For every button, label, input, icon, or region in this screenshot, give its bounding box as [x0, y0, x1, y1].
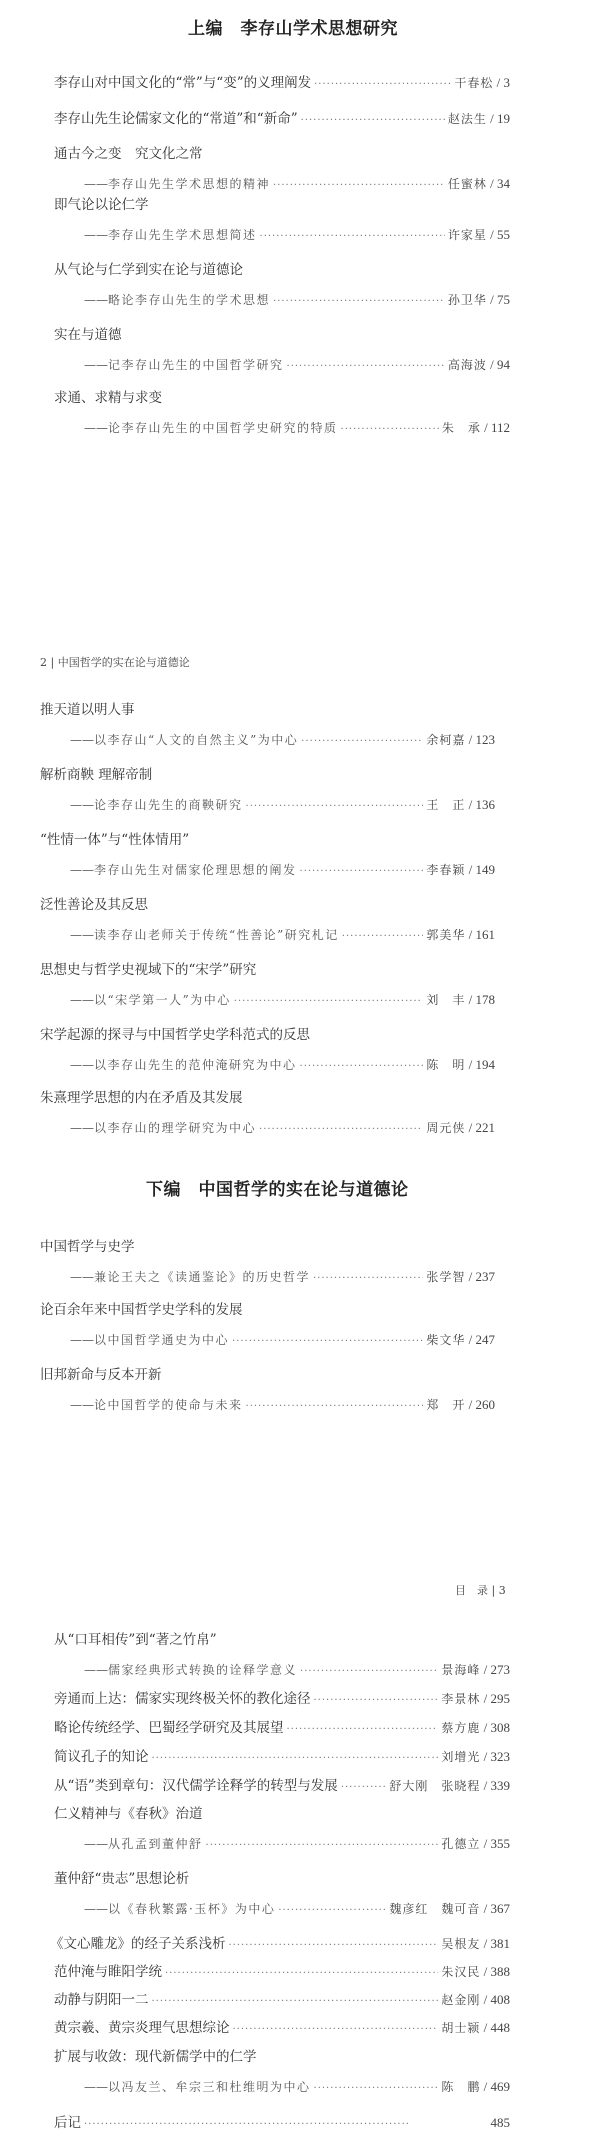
dash: —— — [84, 1660, 108, 1680]
dash: —— — [84, 174, 108, 194]
entry-title: 朱熹理学思想的内在矛盾及其发展 — [40, 1088, 495, 1108]
toc-entry[interactable]: 解析商鞅 理解帝制 ——论李存山先生的商鞅研究·················… — [40, 765, 495, 815]
dash: —— — [70, 730, 94, 750]
entry-title: 后记 — [54, 2113, 81, 2133]
entry-page: / 448 — [480, 2018, 510, 2038]
entry-author: 景海峰 — [441, 1660, 480, 1680]
entry-page: / 55 — [487, 225, 510, 245]
entry-page: / 112 — [481, 418, 510, 438]
entry-subtitle: 记李存山先生的中国哲学研究 — [108, 355, 284, 375]
toc-entry[interactable]: 宋学起源的探寻与中国哲学史学科范式的反思 ——以李存山先生的范仲淹研究为中心··… — [40, 1025, 495, 1075]
entry-subtitle: 以中国哲学通史为中心 — [94, 1330, 229, 1350]
dot-leader: ········································… — [246, 797, 424, 817]
dot-leader: ········································… — [234, 992, 424, 1012]
entry-page: / 273 — [480, 1660, 510, 1680]
toc-entry[interactable]: 泛性善论及其反思 ——读李存山老师关于传统“性善论”研究札记··········… — [40, 895, 495, 945]
dot-leader: ········································… — [229, 1936, 439, 1956]
entry-author: 李春颖 — [426, 860, 465, 880]
dot-leader: ········································… — [260, 227, 445, 247]
dash: —— — [84, 418, 108, 438]
entry-author: 刘增光 — [441, 1747, 480, 1767]
entry-title: 中国哲学与史学 — [40, 1237, 495, 1257]
entry-title: 论百余年来中国哲学史学科的发展 — [40, 1300, 495, 1320]
entry-subtitle: 以《春秋繁露·玉杯》为中心 — [108, 1899, 275, 1919]
entry-author: 王 正 — [426, 795, 465, 815]
toc-entry[interactable]: 李存山先生论儒家文化的“常道”和“新命”····················… — [54, 109, 510, 129]
entry-subtitle: 儒家经典形式转换的诠释学意义 — [108, 1660, 297, 1680]
toc-entry[interactable]: 思想史与哲学史视域下的“宋学”研究 ——以“宋学第一人”为中心·········… — [40, 960, 495, 1010]
toc-entry[interactable]: 范仲淹与睢阳学统································… — [54, 1962, 510, 1982]
toc-entry[interactable]: 董仲舒“贵志”思想论析 ——以《春秋繁露·玉杯》为中心·············… — [54, 1869, 510, 1919]
entry-title: 黄宗羲、黄宗炎理气思想综论 — [54, 2018, 230, 2038]
entry-title: 旧邦新命与反本开新 — [40, 1365, 495, 1385]
entry-author: 高海波 — [448, 355, 487, 375]
entry-page: / 221 — [465, 1118, 495, 1138]
toc-entry[interactable]: 中国哲学与史学 ——兼论王夫之《读通鉴论》的历史哲学··············… — [40, 1237, 495, 1287]
entry-page: / 19 — [487, 109, 510, 129]
dot-leader: ········································… — [300, 1662, 438, 1682]
entry-title: 范仲淹与睢阳学统 — [54, 1962, 162, 1982]
entry-title: 李存山先生论儒家文化的“常道”和“新命” — [54, 109, 298, 129]
entry-author: 吴根友 — [441, 1934, 480, 1954]
dash: —— — [84, 355, 108, 375]
entry-author: 魏彦红 魏可音 — [389, 1899, 480, 1919]
dot-leader: ········································… — [259, 1120, 423, 1140]
dash: —— — [84, 2077, 108, 2097]
dash: —— — [70, 925, 94, 945]
entry-author: 周元侠 — [426, 1118, 465, 1138]
entry-title: 简议孔子的知论 — [54, 1747, 149, 1767]
entry-author: 孙卫华 — [448, 290, 487, 310]
entry-subtitle: 以李存山先生的范仲淹研究为中心 — [94, 1055, 297, 1075]
entry-title: 求通、求精与求变 — [54, 388, 510, 408]
toc-entry[interactable]: 旧邦新命与反本开新 ——论中国哲学的使命与未来·················… — [40, 1365, 495, 1415]
entry-page: / 194 — [465, 1055, 495, 1075]
entry-page: / 381 — [480, 1934, 510, 1954]
dot-leader: ········································… — [314, 75, 451, 95]
dot-leader: ········································… — [273, 176, 445, 196]
entry-page: / 247 — [465, 1330, 495, 1350]
entry-title: 泛性善论及其反思 — [40, 895, 495, 915]
dash: —— — [70, 990, 94, 1010]
entry-page: / 3 — [493, 73, 510, 93]
entry-title: 通古今之变 究文化之常 — [54, 144, 510, 164]
entry-page: / 178 — [465, 990, 495, 1010]
entry-subtitle: 以冯友兰、牟宗三和杜维明为中心 — [108, 2077, 311, 2097]
entry-author: 余柯嘉 — [426, 730, 465, 750]
entry-page: / 295 — [480, 1689, 510, 1709]
toc-entry[interactable]: 朱熹理学思想的内在矛盾及其发展 ——以李存山的理学研究为中心··········… — [40, 1088, 495, 1138]
entry-author: 许家星 — [448, 225, 487, 245]
toc-entry[interactable]: “性情一体”与“性体情用” ——李存山先生对儒家伦理思想的阐发·········… — [40, 830, 495, 880]
toc-entry[interactable]: 从气论与仁学到实在论与道德论 ——略论李存山先生的学术思想···········… — [54, 260, 510, 310]
dot-leader: ········································… — [165, 1964, 438, 1984]
dash: —— — [70, 860, 94, 880]
dot-leader: ········································… — [301, 732, 423, 752]
toc-entry[interactable]: 论百余年来中国哲学史学科的发展 ——以中国哲学通史为中心············… — [40, 1300, 495, 1350]
entry-page: 485 — [491, 2113, 511, 2133]
entry-title: “性情一体”与“性体情用” — [40, 830, 495, 850]
dash: —— — [84, 290, 108, 310]
entry-author: 赵金刚 — [441, 1990, 480, 2010]
dot-leader: ········································… — [152, 1992, 439, 2012]
entry-author: 蔡方鹿 — [441, 1718, 480, 1738]
toc-entry[interactable]: 旁通而上达：儒家实现终极关怀的教化途径·····················… — [54, 1689, 510, 1709]
entry-page: / 408 — [480, 1990, 510, 2010]
entry-author: 陈 明 — [426, 1055, 465, 1075]
dash: —— — [70, 1267, 94, 1287]
entry-author: 刘 丰 — [426, 990, 465, 1010]
entry-title: 解析商鞅 理解帝制 — [40, 765, 495, 785]
entry-title: 从“语”类到章句：汉代儒学诠释学的转型与发展 — [54, 1776, 338, 1796]
dot-leader: ········································… — [273, 292, 445, 312]
toc-entry[interactable]: 求通、求精与求变 ——论李存山先生的中国哲学史研究的特质············… — [54, 388, 510, 438]
entry-subtitle: 以李存山“人文的自然主义”为中心 — [94, 730, 298, 750]
dot-leader: ········································… — [278, 1901, 386, 1921]
toc-entry[interactable]: 扩展与收敛：现代新儒学中的仁学 ——以冯友兰、牟宗三和杜维明为中心·······… — [54, 2047, 510, 2097]
dot-leader: ········································… — [232, 1332, 423, 1352]
entry-page: / 237 — [465, 1267, 495, 1287]
entry-author: 李景林 — [441, 1689, 480, 1709]
entry-title: 略论传统经学、巴蜀经学研究及其展望 — [54, 1718, 284, 1738]
entry-title: 宋学起源的探寻与中国哲学史学科范式的反思 — [40, 1025, 495, 1045]
part-title-upper: 上编 李存山学术思想研究 — [188, 14, 398, 39]
entry-page: / 388 — [480, 1962, 510, 1982]
dash: —— — [70, 1118, 94, 1138]
dot-leader: ········································… — [342, 927, 424, 947]
dot-leader: ········································… — [84, 2115, 478, 2135]
dot-leader: ········································… — [246, 1397, 424, 1417]
dot-leader: ········································… — [233, 2020, 439, 2040]
dot-leader: ········································… — [314, 1691, 439, 1711]
dot-leader: ········································… — [287, 1720, 439, 1740]
entry-page: / 308 — [480, 1718, 510, 1738]
dot-leader: ········································… — [300, 1057, 424, 1077]
toc-entry[interactable]: 从“口耳相传”到“著之竹帛” ——儒家经典形式转换的诠释学意义·········… — [54, 1630, 510, 1680]
dash: —— — [70, 1395, 94, 1415]
entry-author: 舒大刚 张晓程 — [389, 1776, 480, 1796]
entry-title: 仁义精神与《春秋》治道 — [54, 1804, 510, 1824]
entry-page: / 34 — [487, 174, 510, 194]
dot-leader: ········································… — [341, 420, 439, 440]
entry-title: 思想史与哲学史视域下的“宋学”研究 — [40, 960, 495, 980]
entry-title: 从气论与仁学到实在论与道德论 — [54, 260, 510, 280]
toc-entry[interactable]: 黄宗羲、黄宗炎理气思想综论···························… — [54, 2018, 510, 2038]
entry-subtitle: 李存山先生学术思想简述 — [108, 225, 257, 245]
entry-subtitle: 论李存山先生的中国哲学史研究的特质 — [108, 418, 338, 438]
dot-leader: ········································… — [152, 1749, 439, 1769]
dash: —— — [70, 1055, 94, 1075]
part-title-lower: 下编 中国哲学的实在论与道德论 — [146, 1175, 409, 1200]
toc-entry[interactable]: 即气论以论仁学 ——李存山先生学术思想简述···················… — [54, 195, 510, 245]
entry-author: 朱汉民 — [441, 1962, 480, 1982]
toc-entry[interactable]: 通古今之变 究文化之常 ——李存山先生学术思想的精神··············… — [54, 144, 510, 194]
entry-author: 陈 鹏 — [441, 2077, 480, 2097]
entry-title: 推天道以明人事 — [40, 700, 495, 720]
entry-author: 孔德立 — [441, 1834, 480, 1854]
entry-title: 董仲舒“贵志”思想论析 — [54, 1869, 510, 1889]
entry-subtitle: 论中国哲学的使命与未来 — [94, 1395, 243, 1415]
entry-page: / 123 — [465, 730, 495, 750]
entry-subtitle: 以“宋学第一人”为中心 — [94, 990, 231, 1010]
dash: —— — [84, 1834, 108, 1854]
entry-author: 朱 承 — [442, 418, 481, 438]
entry-subtitle: 略论李存山先生的学术思想 — [108, 290, 270, 310]
toc-entry[interactable]: 推天道以明人事 ——以李存山“人文的自然主义”为中心··············… — [40, 700, 495, 750]
entry-page: / 94 — [487, 355, 510, 375]
entry-title: 《文心雕龙》的经子关系浅析 — [50, 1934, 226, 1954]
entry-title: 李存山对中国文化的“常”与“变”的义理阐发 — [54, 73, 311, 93]
entry-page: / 260 — [465, 1395, 495, 1415]
dot-leader: ········································… — [341, 1778, 387, 1798]
entry-title: 扩展与收敛：现代新儒学中的仁学 — [54, 2047, 510, 2067]
entry-subtitle: 论李存山先生的商鞅研究 — [94, 795, 243, 815]
toc-entry[interactable]: 实在与道德 ——记李存山先生的中国哲学研究···················… — [54, 325, 510, 375]
entry-title: 实在与道德 — [54, 325, 510, 345]
dot-leader: ········································… — [287, 357, 445, 377]
entry-subtitle: 兼论王夫之《读通鉴论》的历史哲学 — [94, 1267, 310, 1287]
entry-page: / 469 — [480, 2077, 510, 2097]
entry-page: / 339 — [480, 1776, 510, 1796]
dot-leader: ········································… — [313, 1269, 423, 1289]
entry-author: 任蜜林 — [448, 174, 487, 194]
dash: —— — [70, 795, 94, 815]
dot-leader: ········································… — [206, 1836, 439, 1856]
toc-entry[interactable]: 仁义精神与《春秋》治道 ——从孔孟到董仲舒···················… — [54, 1804, 510, 1854]
entry-subtitle: 以李存山的理学研究为中心 — [94, 1118, 256, 1138]
dot-leader: ········································… — [301, 111, 445, 131]
entry-title: 即气论以论仁学 — [54, 195, 510, 215]
entry-author: 赵法生 — [448, 109, 487, 129]
entry-author: 郭美华 — [426, 925, 465, 945]
entry-title: 动静与阴阳一二 — [54, 1990, 149, 2010]
running-head: 2 | 中国哲学的实在论与道德论 — [40, 654, 190, 670]
toc-entry[interactable]: 动静与阴阳一二·································… — [54, 1990, 510, 2010]
dash: —— — [70, 1330, 94, 1350]
entry-page: / 367 — [480, 1899, 510, 1919]
dash: —— — [84, 1899, 108, 1919]
toc-entry[interactable]: 从“语”类到章句：汉代儒学诠释学的转型与发展··················… — [54, 1776, 510, 1796]
toc-entry[interactable]: 李存山对中国文化的“常”与“变”的义理阐发···················… — [54, 73, 510, 93]
toc-entry[interactable]: 《文心雕龙》的经子关系浅析···························… — [50, 1934, 510, 1954]
entry-title: 旁通而上达：儒家实现终极关怀的教化途径 — [54, 1689, 311, 1709]
entry-page: / 136 — [465, 795, 495, 815]
entry-page: / 355 — [480, 1834, 510, 1854]
entry-author: 干春松 — [454, 73, 493, 93]
toc-entry[interactable]: 略论传统经学、巴蜀经学研究及其展望·······················… — [54, 1718, 510, 1738]
dot-leader: ········································… — [300, 862, 424, 882]
running-head: 目 录 | 3 — [455, 1582, 506, 1598]
entry-subtitle: 从孔孟到董仲舒 — [108, 1834, 203, 1854]
dash: —— — [84, 225, 108, 245]
dot-leader: ········································… — [314, 2079, 439, 2099]
entry-author: 郑 开 — [426, 1395, 465, 1415]
entry-subtitle: 李存山先生学术思想的精神 — [108, 174, 270, 194]
toc-entry[interactable]: 简议孔子的知论·································… — [54, 1747, 510, 1767]
entry-subtitle: 读李存山老师关于传统“性善论”研究札记 — [94, 925, 339, 945]
entry-author: 胡士颍 — [441, 2018, 480, 2038]
entry-author: 张学智 — [426, 1267, 465, 1287]
entry-author: 柴文华 — [426, 1330, 465, 1350]
entry-page: / 161 — [465, 925, 495, 945]
entry-page: / 75 — [487, 290, 510, 310]
entry-title: 从“口耳相传”到“著之竹帛” — [54, 1630, 510, 1650]
entry-subtitle: 李存山先生对儒家伦理思想的阐发 — [94, 860, 297, 880]
entry-page: / 323 — [480, 1747, 510, 1767]
toc-entry-afterword[interactable]: 后记······································… — [54, 2113, 510, 2133]
entry-page: / 149 — [465, 860, 495, 880]
